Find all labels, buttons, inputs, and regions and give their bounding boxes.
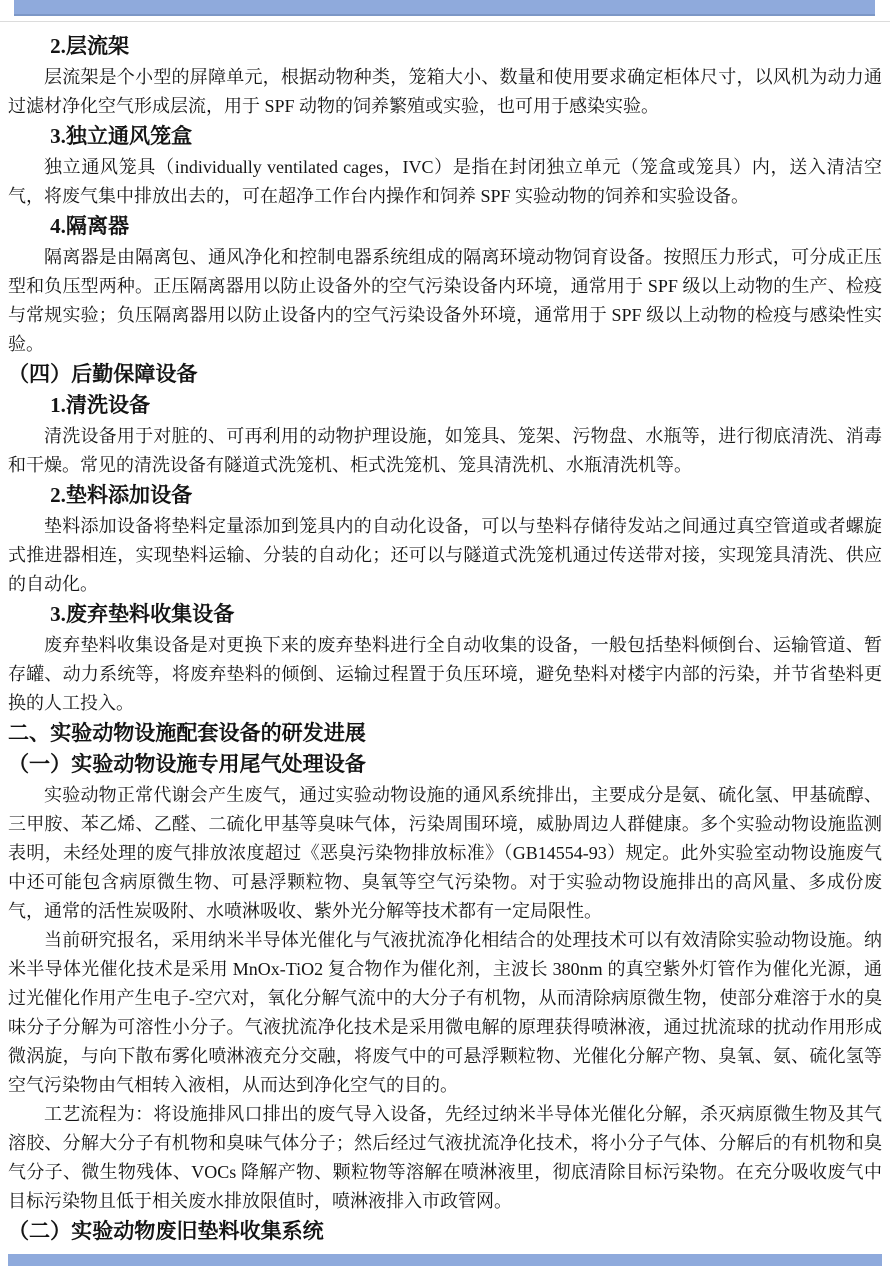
- heading-level-3: 2.垫料添加设备: [8, 481, 882, 510]
- paragraph: 当前研究报名，采用纳米半导体光催化与气液扰流净化相结合的处理技术可以有效清除实验…: [8, 926, 882, 1100]
- heading-level-3: 4.隔离器: [8, 212, 882, 241]
- heading-level-2: （一）实验动物设施专用尾气处理设备: [8, 750, 882, 779]
- paragraph: 清洗设备用于对脏的、可再利用的动物护理设施，如笼具、笼架、污物盘、水瓶等，进行彻…: [8, 422, 882, 480]
- heading-level-3: 2.层流架: [8, 32, 882, 61]
- heading-level-2: （二）实验动物废旧垫料收集系统: [8, 1217, 882, 1246]
- document-body: 2.层流架层流架是个小型的屏障单元，根据动物种类，笼箱大小、数量和使用要求确定柜…: [8, 31, 882, 1248]
- paragraph: 工艺流程为：将设施排风口排出的废气导入设备，先经过纳米半导体光催化分解，杀灭病原…: [8, 1100, 882, 1216]
- next-page-edge: [8, 1254, 882, 1266]
- paragraph: 废弃垫料收集设备是对更换下来的废弃垫料进行全自动收集的设备，一般包括垫料倾倒台、…: [8, 631, 882, 718]
- paragraph: 垫料添加设备将垫料定量添加到笼具内的自动化设备，可以与垫料存储待发站之间通过真空…: [8, 512, 882, 599]
- paragraph: 隔离器是由隔离包、通风净化和控制电器系统组成的隔离环境动物饲育设备。按照压力形式…: [8, 243, 882, 359]
- heading-level-3: 3.独立通风笼盒: [8, 122, 882, 151]
- previous-page-edge: [14, 0, 875, 16]
- page-top-divider: [0, 21, 890, 22]
- heading-level-1: 二、实验动物设施配套设备的研发进展: [8, 719, 882, 748]
- paragraph: 层流架是个小型的屏障单元，根据动物种类，笼箱大小、数量和使用要求确定柜体尺寸，以…: [8, 63, 882, 121]
- paragraph: 独立通风笼具（individually ventilated cages，IVC…: [8, 153, 882, 211]
- paragraph: 实验动物正常代谢会产生废气，通过实验动物设施的通风系统排出，主要成分是氨、硫化氢…: [8, 781, 882, 926]
- document-page: 2.层流架层流架是个小型的屏障单元，根据动物种类，笼箱大小、数量和使用要求确定柜…: [0, 0, 890, 1272]
- heading-level-3: 3.废弃垫料收集设备: [8, 600, 882, 629]
- heading-level-3: 1.清洗设备: [8, 391, 882, 420]
- heading-level-2: （四）后勤保障设备: [8, 360, 882, 389]
